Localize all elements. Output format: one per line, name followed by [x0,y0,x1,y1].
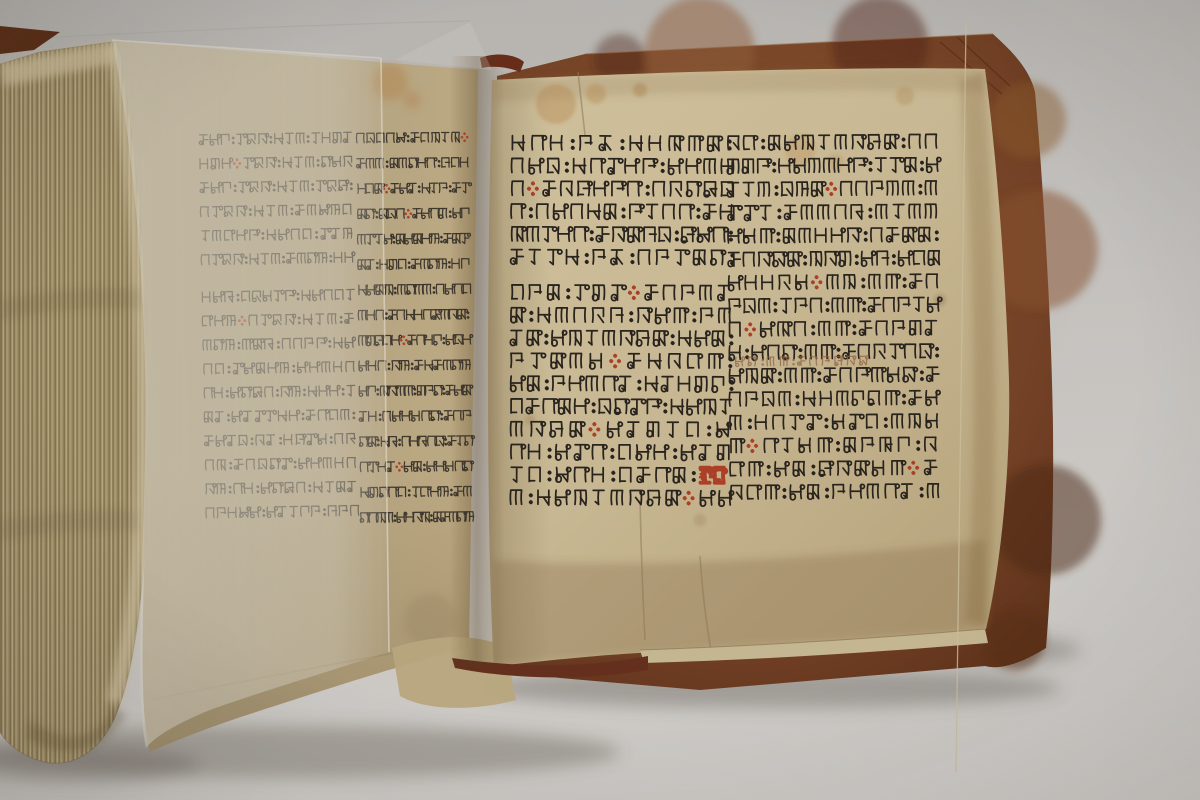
manuscript-scene [0,0,1200,800]
photo-grain [0,0,1200,800]
manuscript-photo [0,0,1200,800]
